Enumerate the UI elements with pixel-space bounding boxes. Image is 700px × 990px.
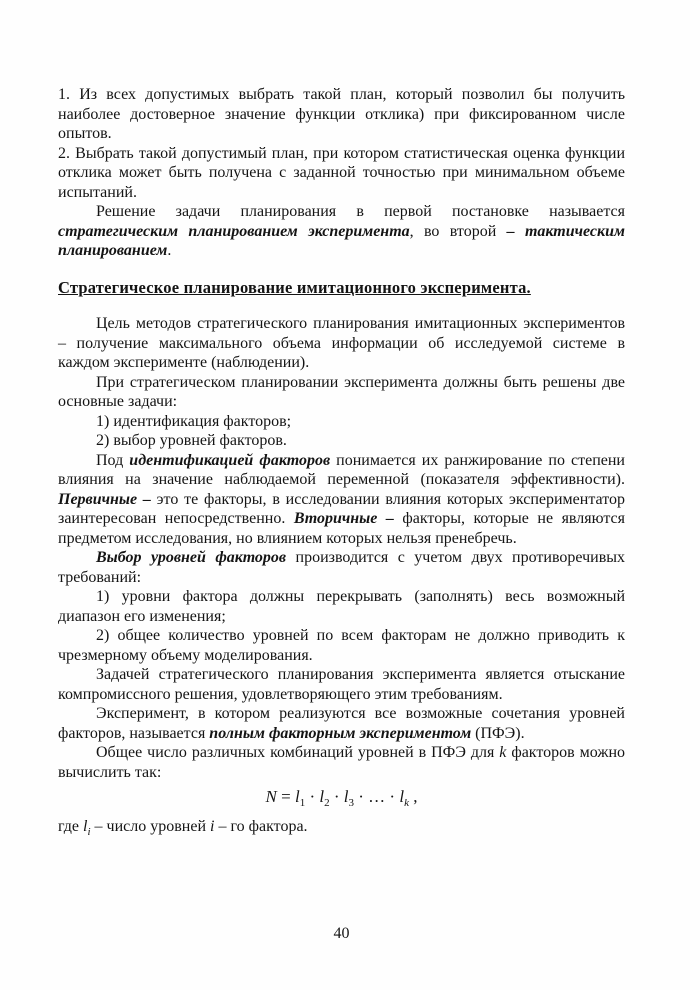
text-run: где [58,818,83,835]
paragraph: где li – число уровней i – го фактора. [58,817,625,843]
paragraph: Задачей стратегического планирования экс… [58,665,625,704]
paragraph: Под идентификацией факторов понимается и… [58,451,625,549]
text-run: 2) выбор уровней факторов. [96,432,287,449]
formula: N = l1 · l2 · l3 · … · lk , [58,787,625,814]
text-run: , [409,787,418,806]
text-run: стратегическим планированием эксперимент… [58,223,410,240]
text-run: Выбор уровней факторов [96,549,286,566]
text-run: – го фактора. [214,818,307,835]
text-run: . [167,242,171,259]
text-run: идентификацией факторов [129,452,330,469]
text-run: Стратегическое планирование имитационног… [58,278,531,297]
page-number: 40 [58,924,625,944]
text-run: Общее число различных комбинаций уровней… [96,744,499,761]
paragraph: 1. Из всех допустимых выбрать такой план… [58,85,625,144]
text-run: 1) уровни фактора должны перекрывать (за… [58,588,625,625]
paragraph: Эксперимент, в котором реализуются все в… [58,704,625,743]
document-page: 1. Из всех допустимых выбрать такой план… [0,0,700,990]
section-heading: Стратегическое планирование имитационног… [58,278,625,298]
paragraph: Выбор уровней факторов производится с уч… [58,548,625,587]
text-run: · [305,787,319,806]
text-run: Решение задачи планирования в первой пос… [96,203,625,220]
document-body: 1. Из всех допустимых выбрать такой план… [58,85,625,842]
paragraph: Решение задачи планирования в первой пос… [58,202,625,261]
text-run: Первичные – [58,491,151,508]
paragraph: 2. Выбрать такой допустимый план, при ко… [58,144,625,203]
text-run: N [266,787,277,806]
paragraph: Общее число различных комбинаций уровней… [58,743,625,782]
text-run: полным факторным экспериментом [209,725,471,742]
text-run: Под [96,452,129,469]
paragraph: 2) общее количество уровней по всем факт… [58,626,625,665]
text-run: Вторичные – [294,510,394,527]
text-run: (ПФЭ). [471,725,524,742]
text-run: 2) общее количество уровней по всем факт… [58,627,625,664]
text-run: Цель методов стратегического планировани… [58,315,625,371]
text-run: 1) идентификация факторов; [96,413,291,430]
text-run: 2. Выбрать такой допустимый план, при ко… [58,145,625,201]
text-run: – число уровней [91,818,210,835]
text-run: = [277,787,295,806]
paragraph: 1) уровни фактора должны перекрывать (за… [58,587,625,626]
paragraph: 1) идентификация факторов; [58,412,625,432]
paragraph: Цель методов стратегического планировани… [58,314,625,373]
text-run: При стратегическом планировании эксперим… [58,374,625,411]
paragraph: При стратегическом планировании эксперим… [58,373,625,412]
text-run: Задачей стратегического планирования экс… [58,666,625,703]
text-run: · … · [354,787,399,806]
text-run: , во второй [410,223,507,240]
text-run: 1. Из всех допустимых выбрать такой план… [58,86,625,142]
paragraph: 2) выбор уровней факторов. [58,431,625,451]
text-run: · [330,787,344,806]
